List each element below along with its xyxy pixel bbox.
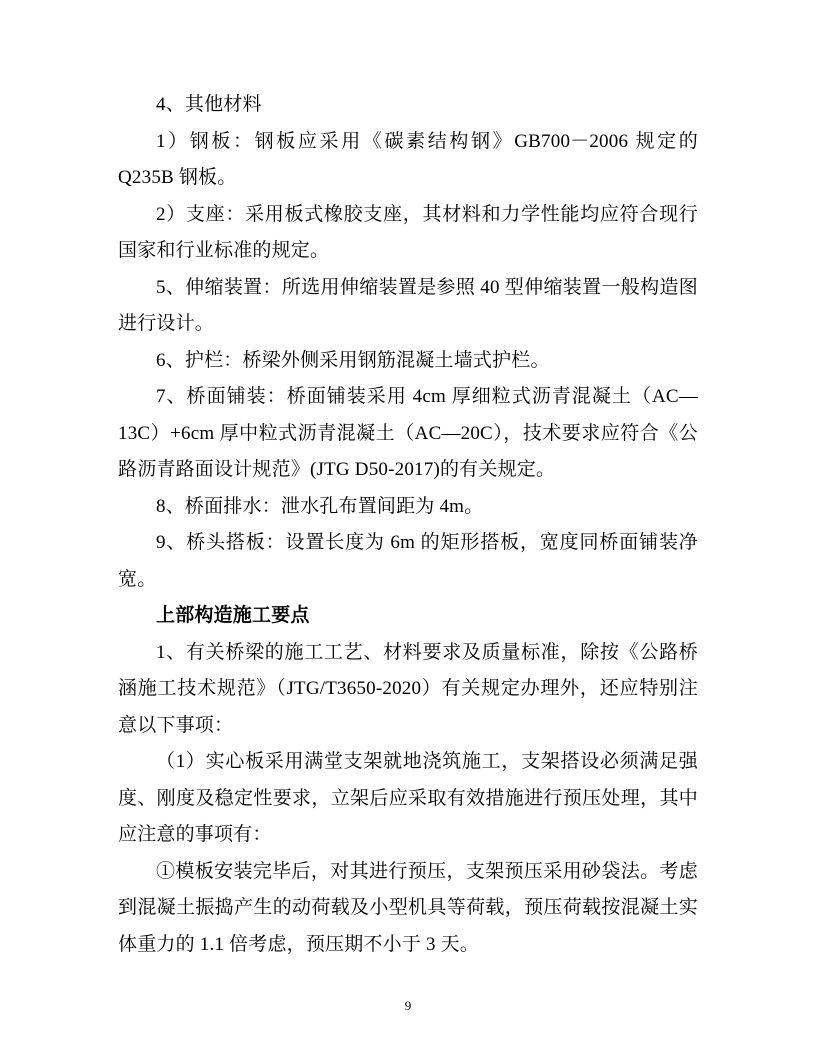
para-formwork-preloading: ①模板安装完毕后，对其进行预压，支架预压采用砂袋法。考虑到混凝土振捣产生的动荷载… xyxy=(118,854,698,964)
para-approach-slab: 9、桥头搭板：设置长度为 6m 的矩形搭板，宽度同桥面铺装净宽。 xyxy=(118,525,698,598)
para-construction-standards: 1、有关桥梁的施工工艺、材料要求及质量标准，除按《公路桥涵施工技术规范》（JTG… xyxy=(118,635,698,745)
para-solid-slab-falsework: （1）实心板采用满堂支架就地浇筑施工，支架搭设必须满足强度、刚度及稳定性要求，立… xyxy=(118,744,698,854)
para-expansion-joint: 5、伸缩装置：所选用伸缩装置是参照 40 型伸缩装置一般构造图进行设计。 xyxy=(118,270,698,343)
page-number: 9 xyxy=(405,998,412,1013)
document-page: 4、其他材料 1）钢板：钢板应采用《碳素结构钢》GB700－2006 规定的 Q… xyxy=(0,0,816,1056)
page-footer: 9 xyxy=(0,998,816,1014)
para-other-materials-heading: 4、其他材料 xyxy=(118,87,698,124)
section-heading-superstructure-construction: 上部构造施工要点 xyxy=(118,598,698,635)
para-steel-plate: 1）钢板：钢板应采用《碳素结构钢》GB700－2006 规定的 Q235B 钢板… xyxy=(118,124,698,197)
para-guardrail: 6、护栏：桥梁外侧采用钢筋混凝土墙式护栏。 xyxy=(118,343,698,380)
document-body: 4、其他材料 1）钢板：钢板应采用《碳素结构钢》GB700－2006 规定的 Q… xyxy=(118,87,698,963)
para-deck-drainage: 8、桥面排水：泄水孔布置间距为 4m。 xyxy=(118,489,698,526)
para-bearing: 2）支座：采用板式橡胶支座，其材料和力学性能均应符合现行国家和行业标准的规定。 xyxy=(118,197,698,270)
para-deck-pavement: 7、桥面铺装：桥面铺装采用 4cm 厚细粒式沥青混凝土（AC—13C）+6cm … xyxy=(118,379,698,489)
